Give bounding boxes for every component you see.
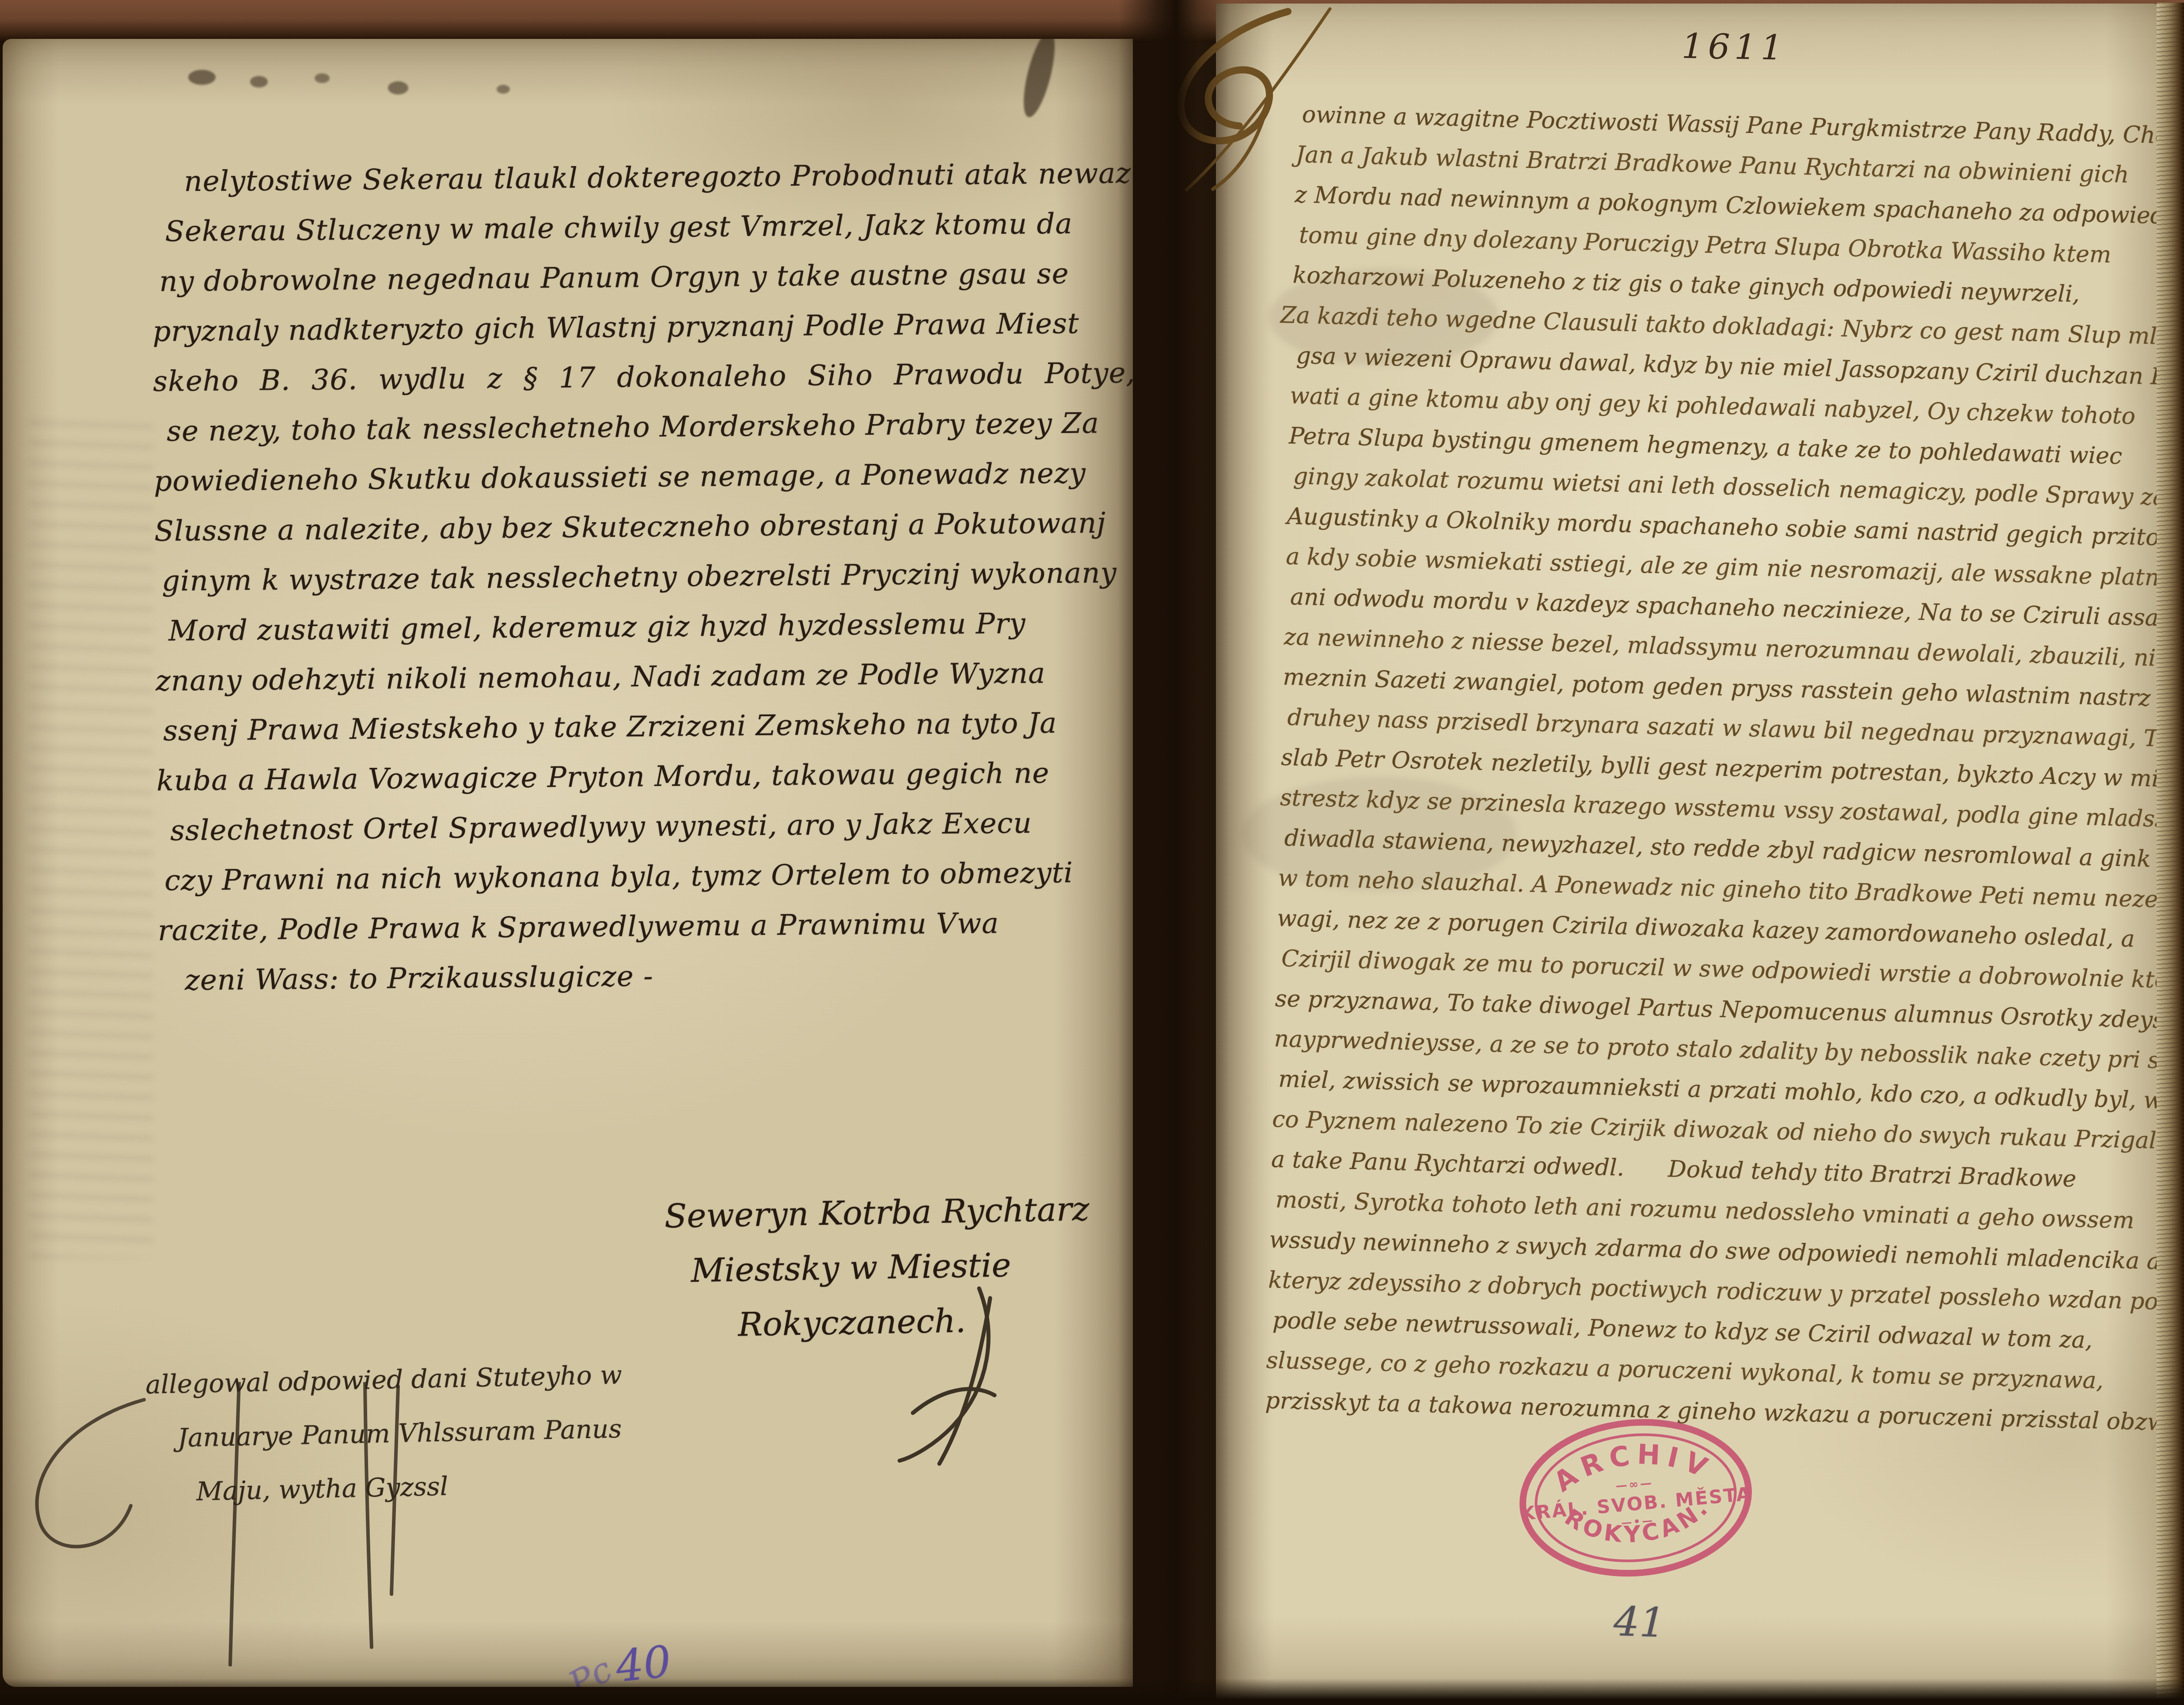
book-gutter — [1119, 0, 1229, 1705]
signature-line: Seweryn Kotrba Rychtarz — [664, 1183, 1036, 1244]
manuscript-line: Slussne a nalezite, aby bez Skuteczneho … — [154, 498, 1109, 557]
manuscript-line: Mord zustawiti gmel, kderemuz giz hyzd h… — [168, 598, 1110, 657]
archive-stamp: ARCHIV —∞— KRÁL. SVOB. MĚSTA —•— ROKYCAN… — [1509, 1404, 1762, 1592]
ink-blot — [1018, 39, 1061, 120]
page-number-right: 41 — [1613, 1598, 1666, 1647]
postscript-flourish — [3, 1382, 422, 1682]
manuscript-line: powiedieneho Skutku dokaussieti se nemag… — [154, 448, 1109, 507]
manuscript-line: pryznaly nadkteryzto gich Wlastnj pryzna… — [152, 299, 1107, 357]
manuscript-line: se nezy, toho tak nesslechetneho Morders… — [167, 399, 1108, 457]
manuscript-line: kuba a Hawla Vozwagicze Pryton Mordu, ta… — [156, 748, 1111, 806]
manuscript-line: ssenj Prawa Miestskeho y take Zrzizeni Z… — [163, 698, 1111, 756]
ink-blot — [188, 70, 216, 85]
manuscript-line: ny dobrowolne negednau Panum Orgyn y tak… — [159, 249, 1107, 307]
ink-blot — [250, 76, 268, 87]
manuscript-line: zeni Wass: to Przikausslugicze - — [185, 948, 1113, 1006]
ink-blot — [388, 81, 408, 95]
signature-flourish — [886, 1280, 1001, 1466]
manuscript-line: raczite, Podle Prawa k Sprawedlywemu a P… — [158, 898, 1113, 956]
bleed-through-ghost-text — [29, 419, 153, 1258]
manuscript-line: ginym k wystraze tak nesslechetny obezre… — [162, 548, 1109, 607]
stacked-page-edges — [2157, 3, 2184, 1702]
ink-blot — [315, 73, 330, 83]
right-page-text-block: owinne a wzagitne Pocztiwosti Wassij Pan… — [1265, 95, 2119, 1441]
manuscript-line: skeho B. 36. wydlu z § 17 dokonaleho Sih… — [153, 349, 1108, 407]
left-page: nelytostiwe Sekerau tlaukl dokteregozto … — [3, 39, 1133, 1687]
manuscript-line: czy Prawni na nich wykonana byla, tymz O… — [164, 848, 1112, 906]
manuscript-line: znany odehzyti nikoli nemohau, Nadi zada… — [156, 648, 1110, 706]
manuscript-line: nelytostiwe Sekerau tlaukl dokteregozto … — [151, 149, 1106, 207]
manuscript-line: Sekerau Stluczeny w male chwily gest Vmr… — [165, 199, 1106, 257]
manuscript-scan: nelytostiwe Sekerau tlaukl dokteregozto … — [0, 0, 2184, 1705]
year-heading: 1611 — [1681, 27, 1787, 68]
ink-blot — [497, 85, 510, 94]
stamp-ornament-top: —∞— — [1615, 1476, 1654, 1492]
left-page-text-block: nelytostiwe Sekerau tlaukl dokteregozto … — [151, 149, 1113, 1006]
manuscript-line: sslechetnost Ortel Sprawedlywy wynesti, … — [170, 798, 1112, 856]
book-binding-bottom-edge — [0, 1678, 2184, 1705]
